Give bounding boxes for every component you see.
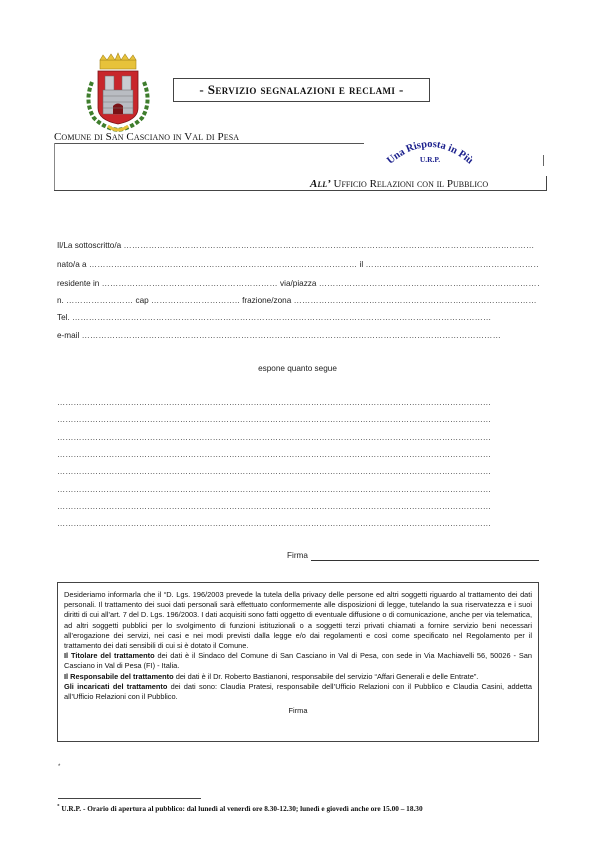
field-label: e-mail <box>57 331 79 340</box>
header-box-left-border <box>54 143 55 190</box>
field-label: cap <box>136 296 149 305</box>
privacy-responsabile: Il Responsabile del trattamento dei dati… <box>64 672 532 682</box>
section-heading: espone quanto segue <box>0 364 595 373</box>
recipient-office: Ufficio Relazioni con il Pubblico <box>334 178 489 190</box>
statement-line[interactable]: …………………………………………………………………………………………………………… <box>57 519 539 528</box>
header-box-right-tick <box>543 155 544 166</box>
statement-line[interactable]: …………………………………………………………………………………………………………… <box>57 485 539 494</box>
field-label: residente in <box>57 279 99 288</box>
field-blank[interactable]: …………………………………………………………………………………… <box>89 260 357 269</box>
recipient-prefix: All’ <box>310 178 331 190</box>
field-residente[interactable]: residente in ……………………………………………………… via/p… <box>57 279 539 288</box>
footnote-separator <box>58 798 201 799</box>
field-email[interactable]: e-mail ………………………………………………………………………………………… <box>57 331 539 340</box>
statement-line[interactable]: …………………………………………………………………………………………………………… <box>57 415 539 424</box>
field-sottoscritto[interactable]: Il/La sottoscritto/a …………………………………………………… <box>57 241 539 250</box>
statement-line[interactable]: …………………………………………………………………………………………………………… <box>57 467 539 476</box>
field-blank[interactable]: …………………………………………………………………………… <box>294 296 537 305</box>
recipient-line: All’ Ufficio Relazioni con il Pubblico <box>310 178 488 190</box>
field-label: Il/La sottoscritto/a <box>57 241 121 250</box>
field-blank[interactable]: …………………………………………………………………………………………………………… <box>72 313 491 322</box>
field-label: frazione/zona <box>242 296 291 305</box>
field-blank[interactable]: ……………………………………………………… <box>102 279 278 288</box>
privacy-paragraph: Desideriamo informarla che il “D. Lgs. 1… <box>64 590 532 651</box>
privacy-signature-label: Firma <box>64 706 532 716</box>
field-blank[interactable]: ……………………………………………………………………… <box>319 279 539 288</box>
coat-of-arms-icon <box>78 52 158 134</box>
field-label: il <box>360 260 364 269</box>
field-label: n. <box>57 296 64 305</box>
field-label: nato/a a <box>57 260 87 269</box>
privacy-titolare: Il Titolare del trattamento dei dati è i… <box>64 651 532 671</box>
field-nato-a[interactable]: nato/a a …………………………………………………………………………………… <box>57 260 539 269</box>
signature-line[interactable] <box>311 560 539 561</box>
statement-line[interactable]: …………………………………………………………………………………………………………… <box>57 433 539 442</box>
field-numero-cap-frazione[interactable]: n. …………………… cap ………………………….. frazione/zo… <box>57 296 539 305</box>
privacy-incaricati: Gli incaricati del trattamento dei dati … <box>64 682 532 702</box>
field-blank[interactable]: ………………………….. <box>151 296 240 305</box>
field-blank[interactable]: …………………… <box>66 296 133 305</box>
header-box-bottom-border <box>54 190 547 191</box>
privacy-notice: Desideriamo informarla che il “D. Lgs. 1… <box>57 582 539 742</box>
header-divider <box>54 143 364 144</box>
municipality-name: Comune di San Casciano in Val di Pesa <box>54 131 239 143</box>
field-blank[interactable]: …………………………………………………………………………………………………………… <box>82 331 501 340</box>
field-blank[interactable]: ……………………………………………………………, <box>365 260 539 269</box>
footnote: * U.R.P. - Orario di apertura al pubblic… <box>57 804 423 813</box>
document-title: - Servizio segnalazioni e reclami - <box>173 78 430 102</box>
statement-line[interactable]: …………………………………………………………………………………………………………… <box>57 450 539 459</box>
urp-logo-center-text: U.R.P. <box>420 155 440 164</box>
field-tel[interactable]: Tel. ……………………………………………………………………………………………… <box>57 313 539 322</box>
statement-line[interactable]: …………………………………………………………………………………………………………… <box>57 502 539 511</box>
urp-logo-icon: Una Risposta in Più U.R.P. <box>375 133 485 173</box>
header-box-right-border <box>546 176 547 190</box>
footnote-reference: * <box>58 764 60 770</box>
signature-label: Firma <box>287 551 308 560</box>
field-label: via/piazza <box>280 279 316 288</box>
statement-line[interactable]: …………………………………………………………………………………………………………… <box>57 398 539 407</box>
field-blank[interactable]: …………………………………………………………………………………………………………… <box>123 241 534 250</box>
field-label: Tel. <box>57 313 70 322</box>
